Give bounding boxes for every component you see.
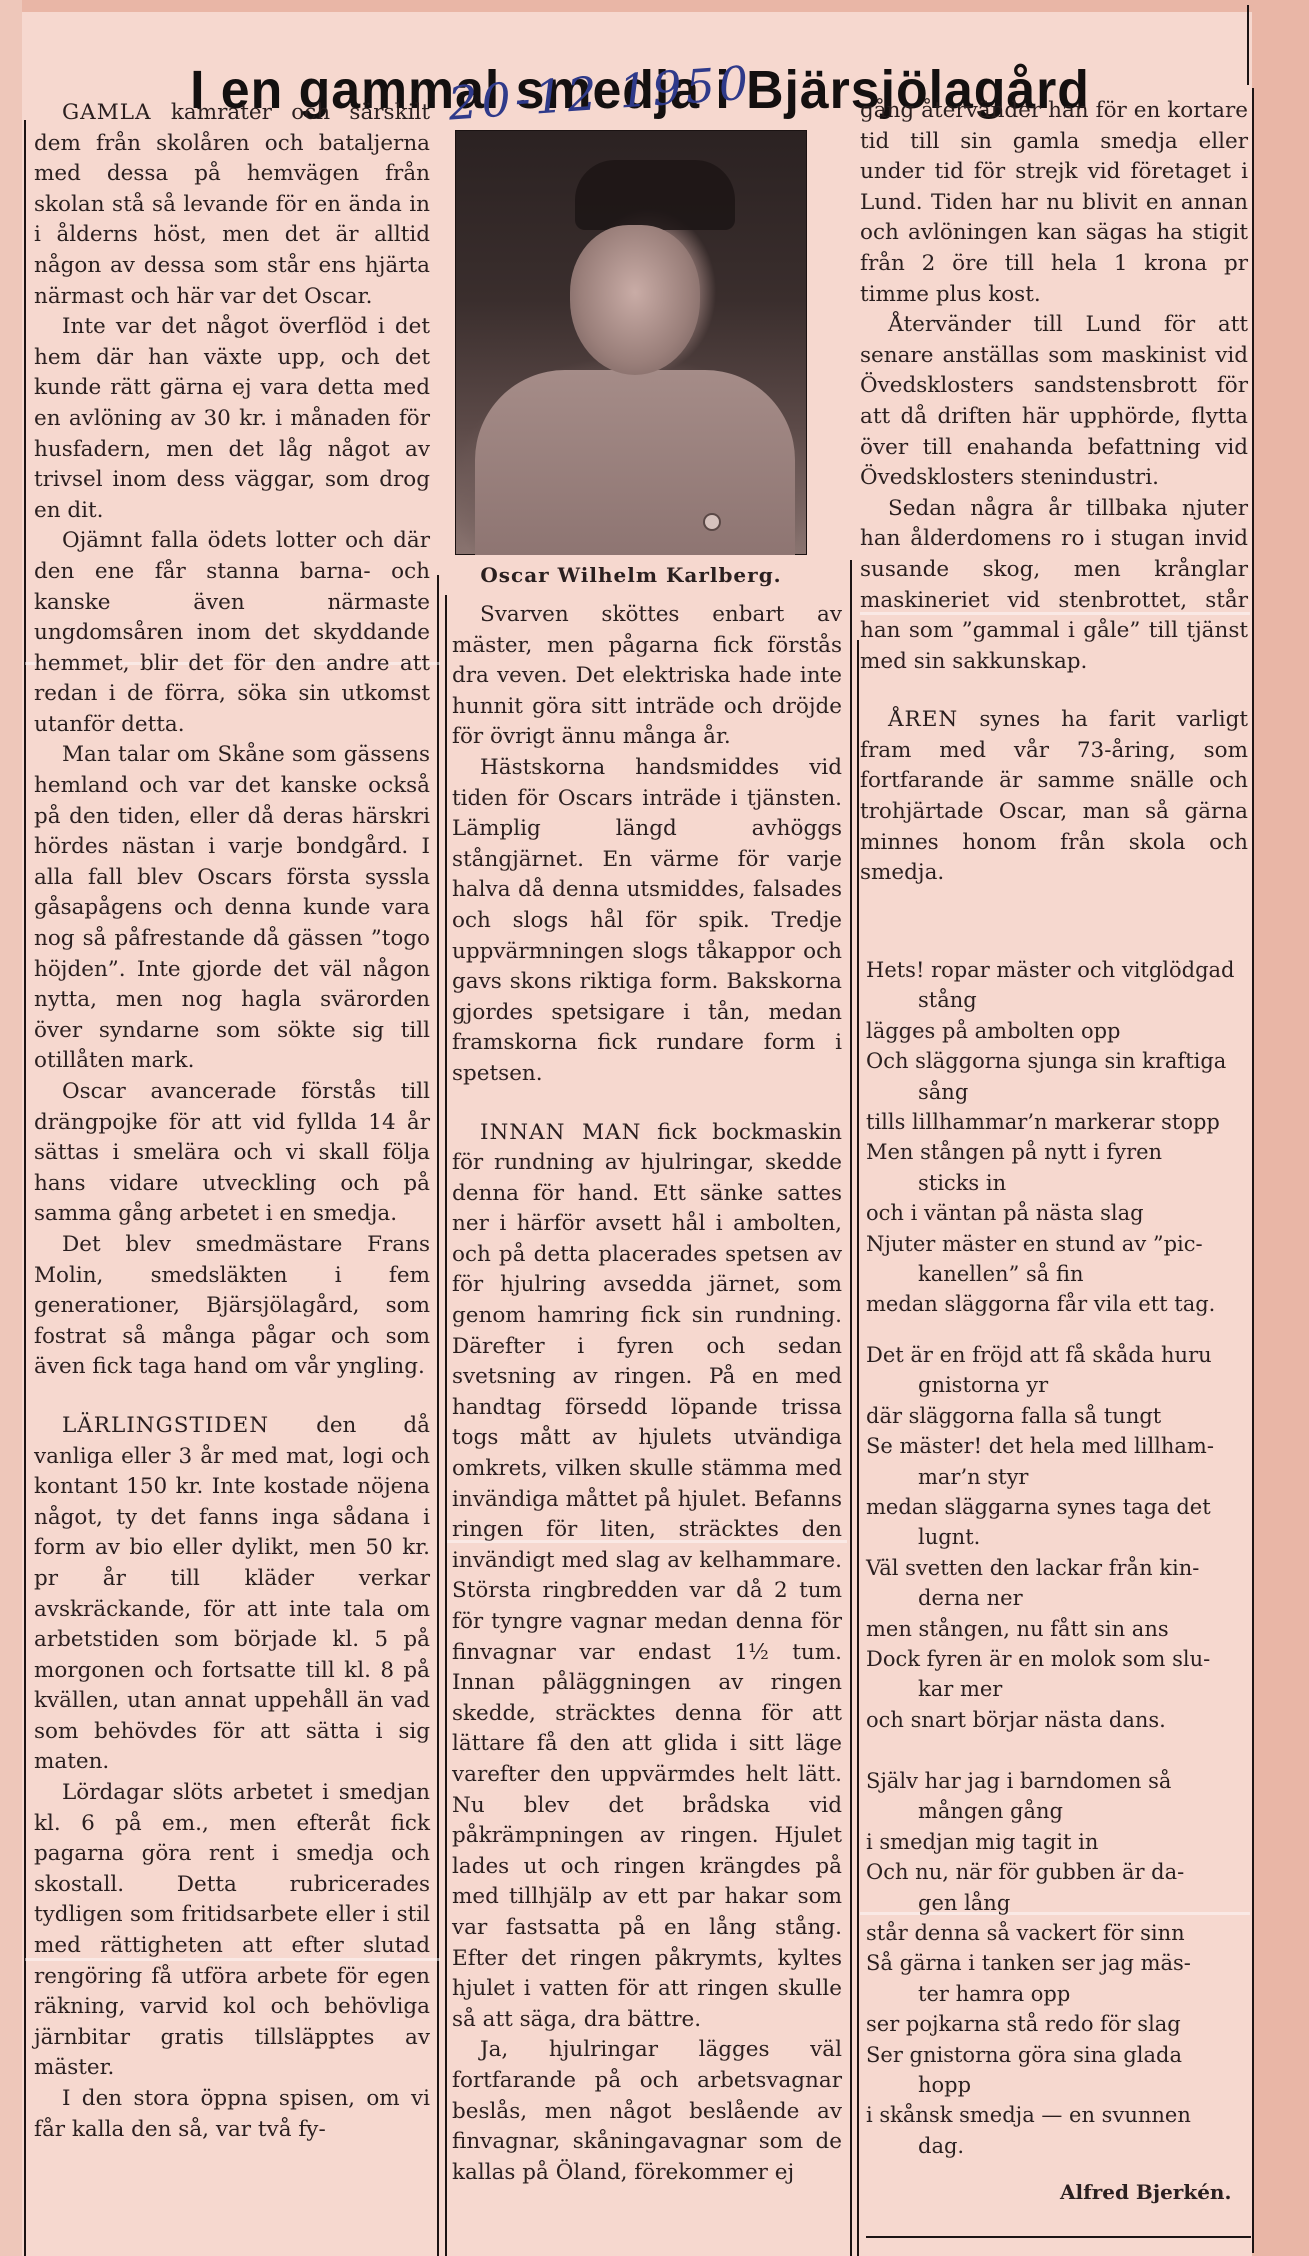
poem-line: gen lång [866,1888,1251,1918]
article-column-3: gång återvänder han för en kortare tid t… [860,96,1248,889]
article-paragraph: Svarven sköttes enbart av mäster, men på… [452,600,842,753]
poem-line: dag. [866,2131,1251,2161]
photo-button-shape [705,515,719,529]
backing-strip [0,0,22,2256]
poem-stanza-3: Själv har jag i barndomen såmången gångi… [866,1766,1251,2161]
poem-line: medan släggorna får vila ett tag. [866,1289,1251,1319]
paragraph-lead-caps: INNAN MAN [480,1120,641,1145]
paragraph-lead-caps: LÄRLINGSTIDEN [62,1413,269,1438]
poem-line: Och släggorna sjunga sin kraftiga [866,1046,1251,1076]
poem-line: medan släggarna synes taga det [866,1492,1251,1522]
column-rule [445,595,447,2256]
poem-stanza-1: Hets! ropar mäster och vitglödgadstånglä… [866,955,1251,1320]
article-paragraph: Det blev smedmästare Frans Molin, smedsl… [34,1230,430,1383]
poem-line: mar’n styr [866,1462,1251,1492]
poem-line: mången gång [866,1796,1251,1826]
poem-line: Hets! ropar mäster och vitglödgad [866,955,1251,985]
poem-line: hopp [866,2070,1251,2100]
poem-line: och snart börjar nästa dans. [866,1705,1251,1735]
article-paragraph: Man talar om Skåne som gässens hemland o… [34,740,430,1077]
column-rule [1247,5,1249,85]
poem-line: ter hamra opp [866,1979,1251,2009]
column-rule [437,575,439,2256]
poem-line: sticks in [866,1168,1251,1198]
poem-line: Själv har jag i barndomen så [866,1766,1251,1796]
article-paragraph: Inte var det något överflöd i det hem dä… [34,312,430,526]
poem-line: Dock fyren är en molok som slu- [866,1644,1251,1674]
article-column-1: GAMLA kamrater och särskilt dem från sko… [34,98,430,2145]
poem-line: Se mäster! det hela med lillham- [866,1431,1251,1461]
article-paragraph: Lördagar slöts arbetet i smedjan kl. 6 p… [34,1778,430,2084]
portrait-photo [455,130,807,555]
poem-line: Det är en fröjd att få skåda huru [866,1340,1251,1370]
column-rule [857,640,859,2256]
photo-caption: Oscar Wilhelm Karlberg. [455,563,807,587]
photo-face-shape [570,225,700,375]
column-rule [24,120,26,2256]
poem-line: Njuter mäster en stund av ”pic- [866,1229,1251,1259]
poem-line: och i väntan på nästa slag [866,1198,1251,1228]
article-paragraph: Hästskorna handsmiddes vid tiden för Osc… [452,753,842,1090]
poem-line: kar mer [866,1674,1251,1704]
poem-line: gnistorna yr [866,1370,1251,1400]
poem-line: derna ner [866,1583,1251,1613]
column-rule [1252,88,1254,2253]
paragraph-lead-caps: ÅREN [888,707,958,732]
poem-line: stång [866,985,1251,1015]
poem-line: ser pojkarna stå redo för slag [866,2009,1251,2039]
poem-line: lägges på ambolten opp [866,1016,1251,1046]
article-paragraph: ÅREN synes ha farit varligt fram med vår… [860,705,1248,889]
article-paragraph: INNAN MAN fick bockmaskin för rundning a… [452,1118,842,2036]
article-paragraph: LÄRLINGSTIDEN den då vanliga eller 3 år … [34,1411,430,1778]
article-paragraph: gång återvänder han för en kortare tid t… [860,96,1248,310]
poem-line: men stången, nu fått sin ans [866,1614,1251,1644]
poem-line: i skånsk smedja — en svunnen [866,2100,1251,2130]
article-paragraph: GAMLA kamrater och särskilt dem från sko… [34,98,430,312]
poem-line: i smedjan mig tagit in [866,1827,1251,1857]
article-paragraph: Återvänder till Lund för att senare anst… [860,310,1248,494]
poem-stanza-2: Det är en fröjd att få skåda hurugnistor… [866,1340,1251,1735]
poem-line: kanellen” så fin [866,1259,1251,1289]
poem-signature: Alfred Bjerkén. [1060,2180,1231,2204]
article-paragraph: Ja, hjulringar lägges väl fortfarande på… [452,2035,842,2188]
poem-line: Men stången på nytt i fyren [866,1137,1251,1167]
column-rule [850,560,852,2256]
poem-line: där släggorna falla så tungt [866,1401,1251,1431]
poem-line: tills lillhammar’n markerar stopp [866,1107,1251,1137]
bottom-rule [866,2236,1251,2238]
poem-line: Ser gnistorna göra sina glada [866,2040,1251,2070]
paragraph-lead-caps: GAMLA [62,100,152,125]
article-paragraph: I den stora öppna spisen, om vi får kall… [34,2084,430,2145]
poem-line: står denna så vackert för sinn [866,1918,1251,1948]
photo-jacket-shape [475,370,795,555]
article-paragraph: Oscar avancerade förstås till drängpojke… [34,1077,430,1230]
article-paragraph: Sedan några år tillbaka njuter han ålder… [860,494,1248,678]
poem-line: lugnt. [866,1522,1251,1552]
poem-line: Så gärna i tanken ser jag mäs- [866,1948,1251,1978]
article-paragraph: Ojämnt falla ödets lotter och där den en… [34,526,430,740]
article-column-2: Svarven sköttes enbart av mäster, men på… [452,600,842,2188]
photo-cap-shape [575,160,735,230]
poem-line: sång [866,1077,1251,1107]
poem-line: Väl svetten den lackar från kin- [866,1553,1251,1583]
poem-line: Och nu, när för gubben är da- [866,1857,1251,1887]
